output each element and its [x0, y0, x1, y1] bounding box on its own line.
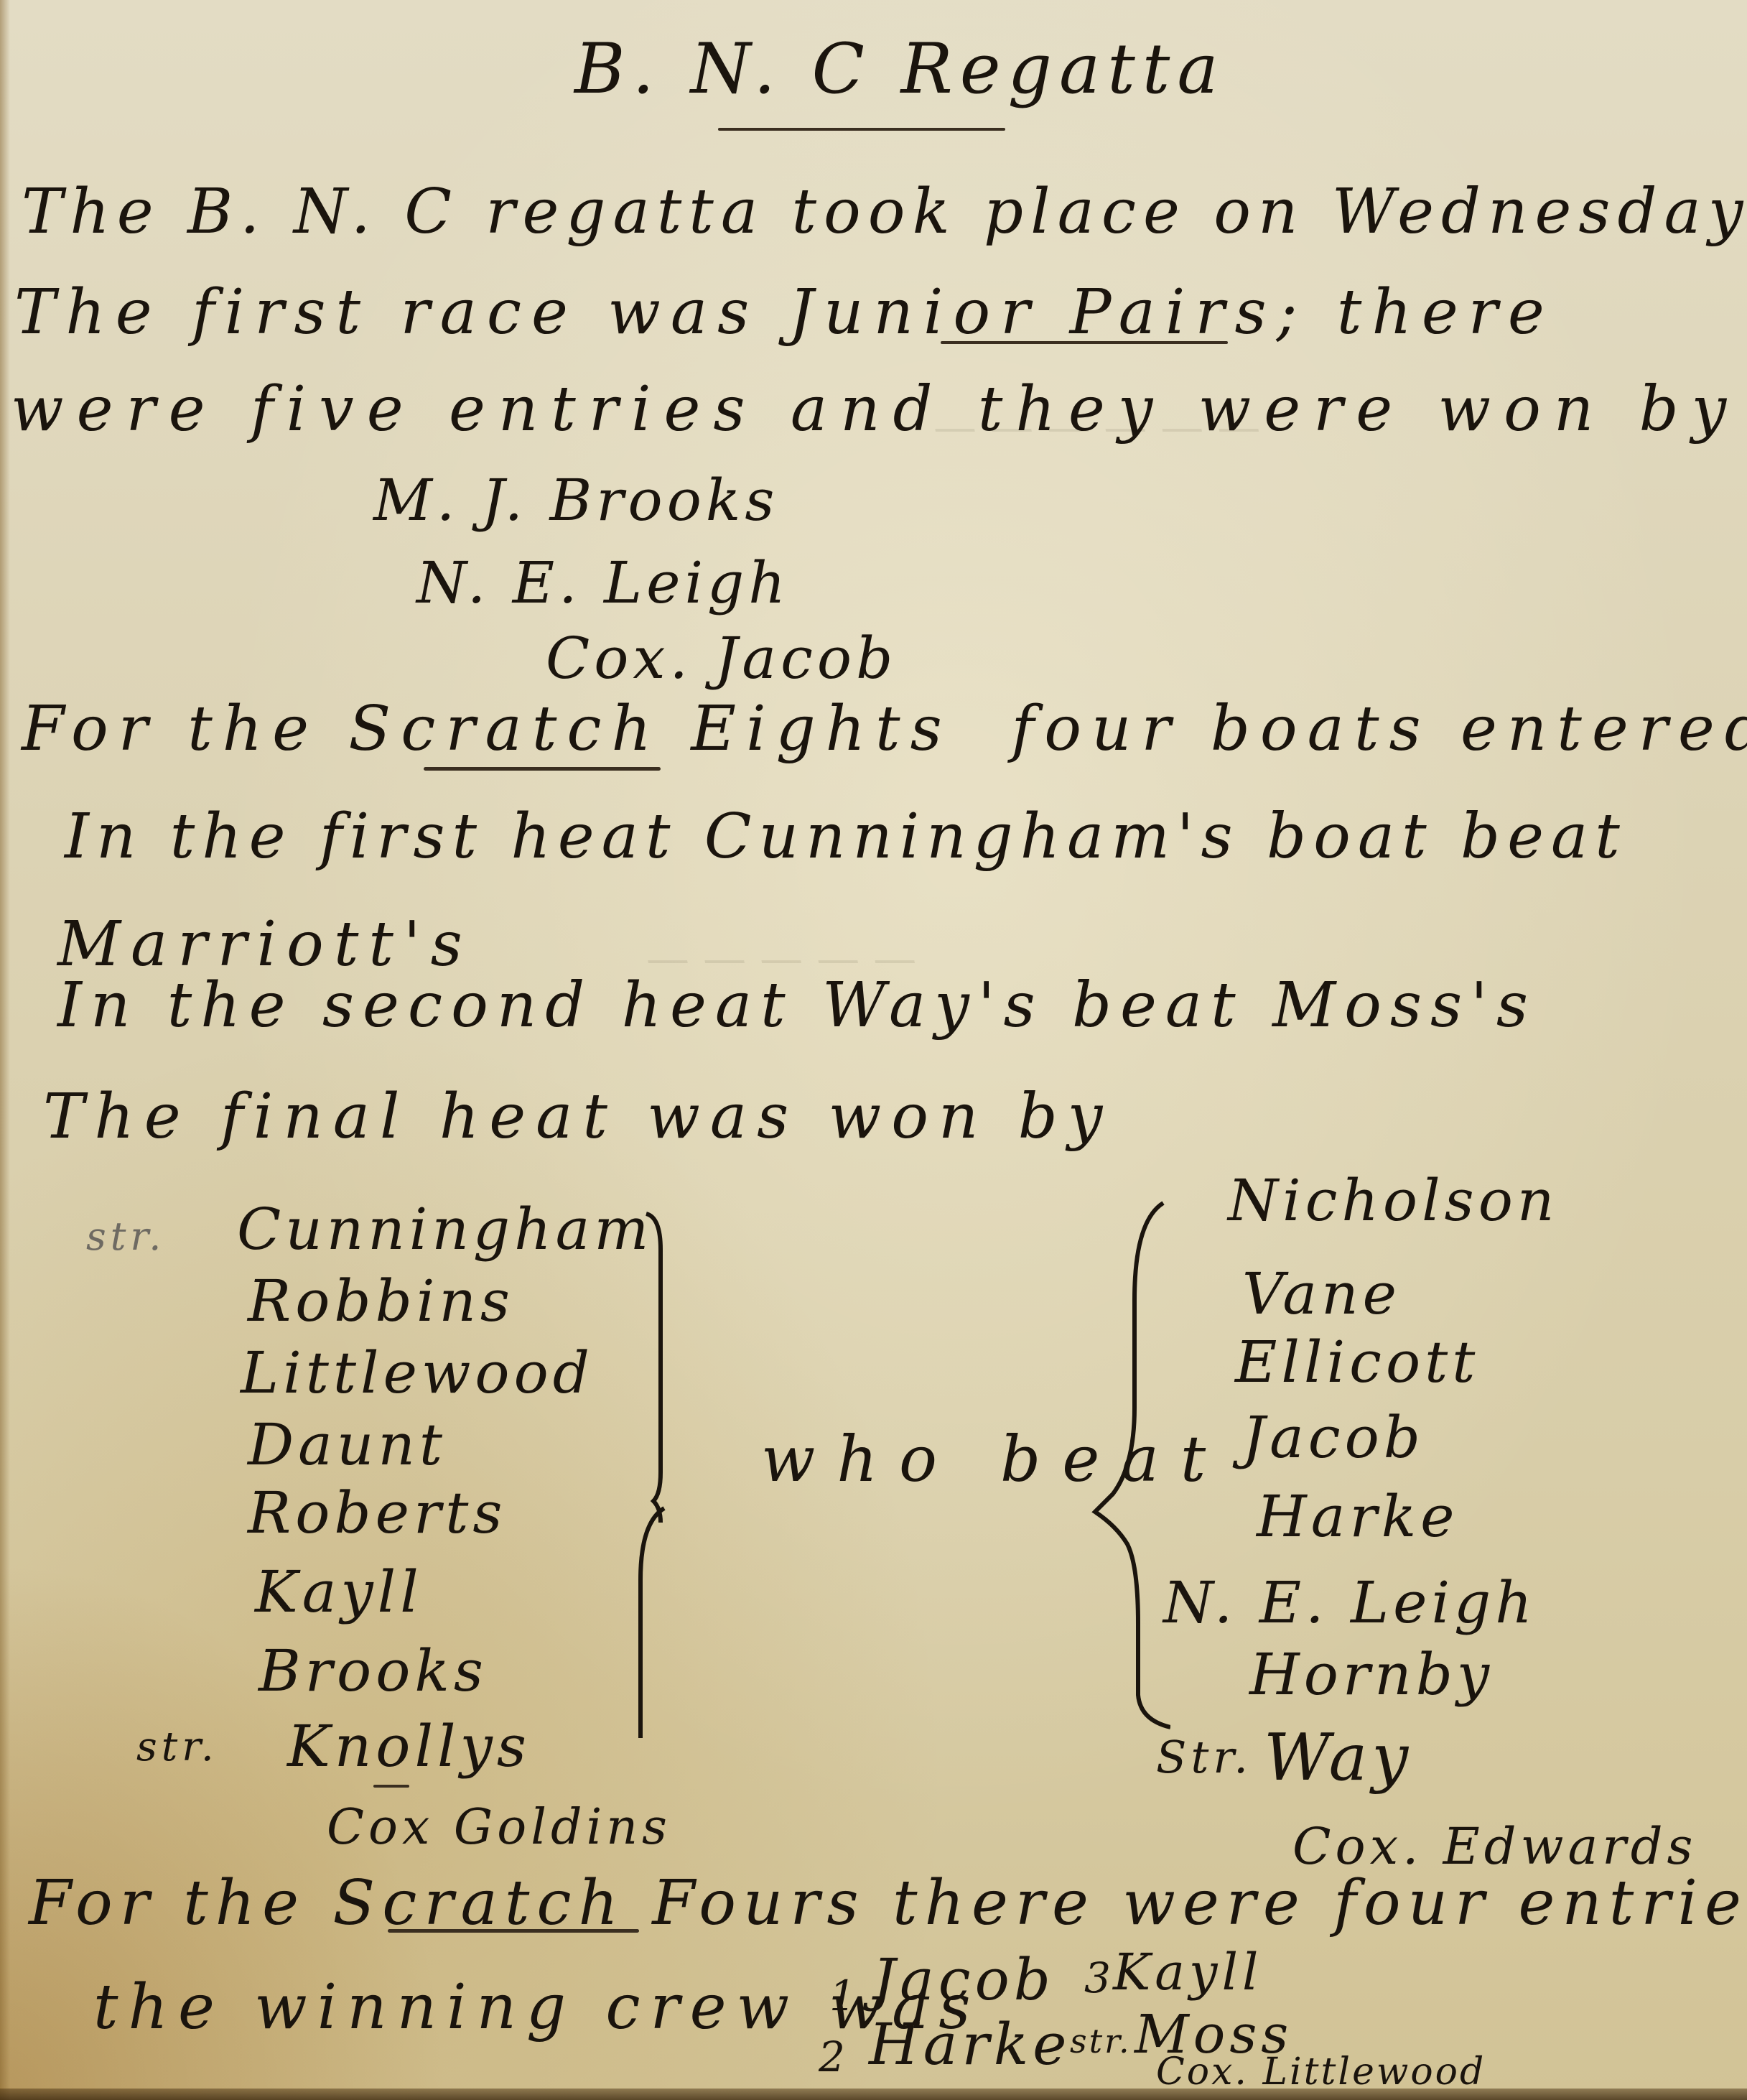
text-line: For the Scratch Eights four boats entere… [22, 693, 1747, 765]
stroke-label: Str. [1156, 1731, 1252, 1783]
rower-name: Hornby [1249, 1641, 1494, 1708]
seat-number: 3 [1084, 1953, 1113, 2002]
seat-number: 1 [829, 1971, 858, 2020]
rower-name: Littlewood [241, 1339, 594, 1406]
cox-name: Cox. Jacob [546, 625, 897, 692]
rower-name: Vane [1242, 1260, 1401, 1327]
scratch-eights-label: Eights [691, 693, 951, 765]
rower-name: Jacob [872, 1946, 1055, 2013]
text-line: For the Scratch Fours there were four en… [29, 1867, 1747, 1939]
right-bracket-icon [632, 1207, 675, 1745]
text-fragment: ; there [1277, 277, 1555, 348]
rower-name: Knollys [287, 1713, 531, 1780]
stroke-label: str. [136, 1724, 218, 1770]
scratch-fours-label: Fours [652, 1867, 865, 1939]
title-underline [718, 128, 1005, 131]
rower-name: Nicholson [1228, 1167, 1558, 1234]
curly-brace-icon [1084, 1192, 1170, 1731]
stroke-pencil-note: str. [86, 1214, 165, 1259]
page-bottom-edge [0, 2089, 1747, 2100]
rower-name: N. E. Leigh [1163, 1569, 1537, 1636]
rower-name: M. J. Brooks [373, 467, 778, 534]
rower-name: Harke [869, 2011, 1071, 2078]
cox-name: Cox Goldins [327, 1799, 671, 1856]
rower-name: Jacob [1242, 1404, 1425, 1471]
rower-name: Brooks [258, 1637, 488, 1704]
junior-pairs-underline [941, 341, 1228, 344]
junior-pairs-label: Junior Pairs [789, 277, 1277, 348]
text-line: In the second heat Way's beat Moss's [57, 970, 1537, 1041]
page-title: B. N. C Regatta [574, 29, 1226, 109]
text-line: were five entries and they were won by [11, 373, 1739, 445]
page-edge-stain [0, 0, 10, 2100]
text-fragment: For the Scratch [29, 1867, 625, 1939]
rower-name: Harke [1257, 1483, 1459, 1550]
rower-name: Kayll [255, 1558, 423, 1625]
rower-name: Kayll [1113, 1943, 1262, 2002]
scratch-fours-underline [388, 1929, 639, 1933]
manuscript-page: — — — — — — — — — — — B. N. C Regatta Th… [0, 0, 1747, 2100]
rower-name: Way [1264, 1720, 1412, 1795]
rower-name: Daunt [248, 1411, 447, 1478]
text-line: The final heat was won by [43, 1081, 1112, 1153]
stroke-label: str. [1070, 2022, 1132, 2060]
rower-name: Roberts [248, 1479, 506, 1546]
seat-number: 2 [819, 2032, 847, 2081]
rower-name: Ellicott [1235, 1329, 1479, 1395]
text-line: In the first heat Cunningham's boat beat [65, 801, 1627, 873]
text-fragment: The first race was [14, 277, 759, 348]
text-line: The B. N. C regatta took place on Wednes… [22, 176, 1747, 248]
text-fragment: four boats entered [1011, 693, 1747, 765]
scratch-eights-underline [424, 767, 661, 771]
text-line: The first race was Junior Pairs; there [14, 277, 1555, 348]
text-fragment: there were four entries; [893, 1867, 1747, 1939]
rower-name: Robbins [248, 1268, 514, 1334]
rower-name: Cunningham [237, 1196, 653, 1263]
rower-name: N. E. Leigh [416, 549, 790, 616]
knollys-underline [373, 1785, 409, 1788]
text-fragment: For the Scratch [22, 693, 661, 765]
cox-name: Cox. Littlewood [1156, 2050, 1486, 2094]
